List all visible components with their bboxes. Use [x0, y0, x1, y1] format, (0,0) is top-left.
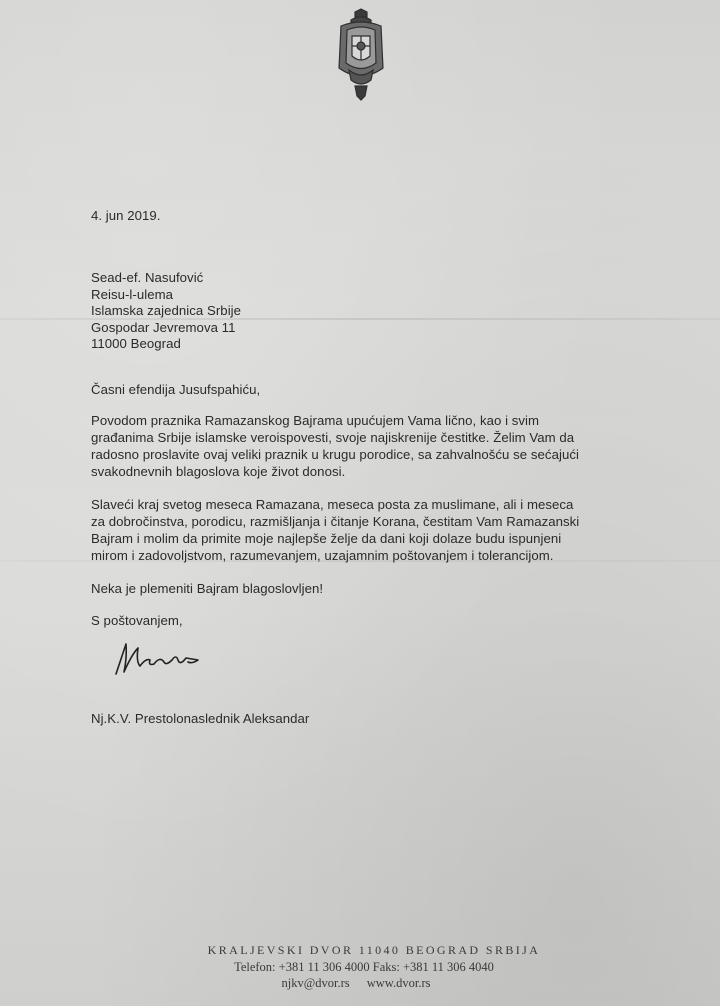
paragraph-line: za dobročinstva, porodicu, razmišljanja … [91, 513, 651, 530]
paragraph-line: Bajram i molim da primite moje najlepše … [91, 530, 651, 547]
body-paragraph-1: Povodom praznika Ramazanskog Bajrama upu… [91, 412, 651, 480]
salutation: Časni efendija Jusufspahiću, [91, 381, 260, 398]
footer-phone: Telefon: +381 11 306 4000 Faks: +381 11 … [4, 960, 720, 975]
recipient-address: Sead-ef. Nasufović Reisu-l-ulema Islamsk… [91, 269, 241, 352]
footer-contacts: njkv@dvor.rs www.dvor.rs [0, 976, 716, 991]
closing-wish: Neka je plemeniti Bajram blagoslovljen! [91, 580, 323, 597]
recipient-title: Reisu-l-ulema [91, 286, 241, 303]
handwritten-signature [112, 636, 212, 681]
letter-date: 4. jun 2019. [91, 207, 161, 224]
footer-email: njkv@dvor.rs [281, 976, 349, 990]
recipient-street: Gospodar Jevremova 11 [91, 319, 241, 336]
recipient-name: Sead-ef. Nasufović [91, 269, 241, 286]
royal-coat-of-arms-icon [333, 8, 389, 102]
paragraph-line: građanima Srbije islamske veroispovesti,… [91, 429, 651, 446]
paragraph-line: Povodom praznika Ramazanskog Bajrama upu… [91, 412, 651, 429]
paragraph-line: Slaveći kraj svetog meseca Ramazana, mes… [91, 496, 651, 513]
closing-regards: S poštovanjem, [91, 612, 183, 629]
footer-website: www.dvor.rs [367, 976, 431, 990]
paragraph-line: mirom i zadovoljstvom, razumevanjem, uza… [91, 547, 651, 564]
signer-name: Nj.K.V. Prestolonaslednik Aleksandar [91, 710, 309, 727]
paragraph-line: radosno proslavite ovaj veliki praznik u… [91, 446, 651, 463]
body-paragraph-2: Slaveći kraj svetog meseca Ramazana, mes… [91, 496, 651, 564]
paragraph-line: svakodnevnih blagoslova koje život donos… [91, 463, 651, 480]
recipient-organization: Islamska zajednica Srbije [91, 302, 241, 319]
recipient-city: 11000 Beograd [91, 335, 241, 352]
footer-address: KRALJEVSKI DVOR 11040 BEOGRAD SRBIJA [14, 943, 720, 958]
